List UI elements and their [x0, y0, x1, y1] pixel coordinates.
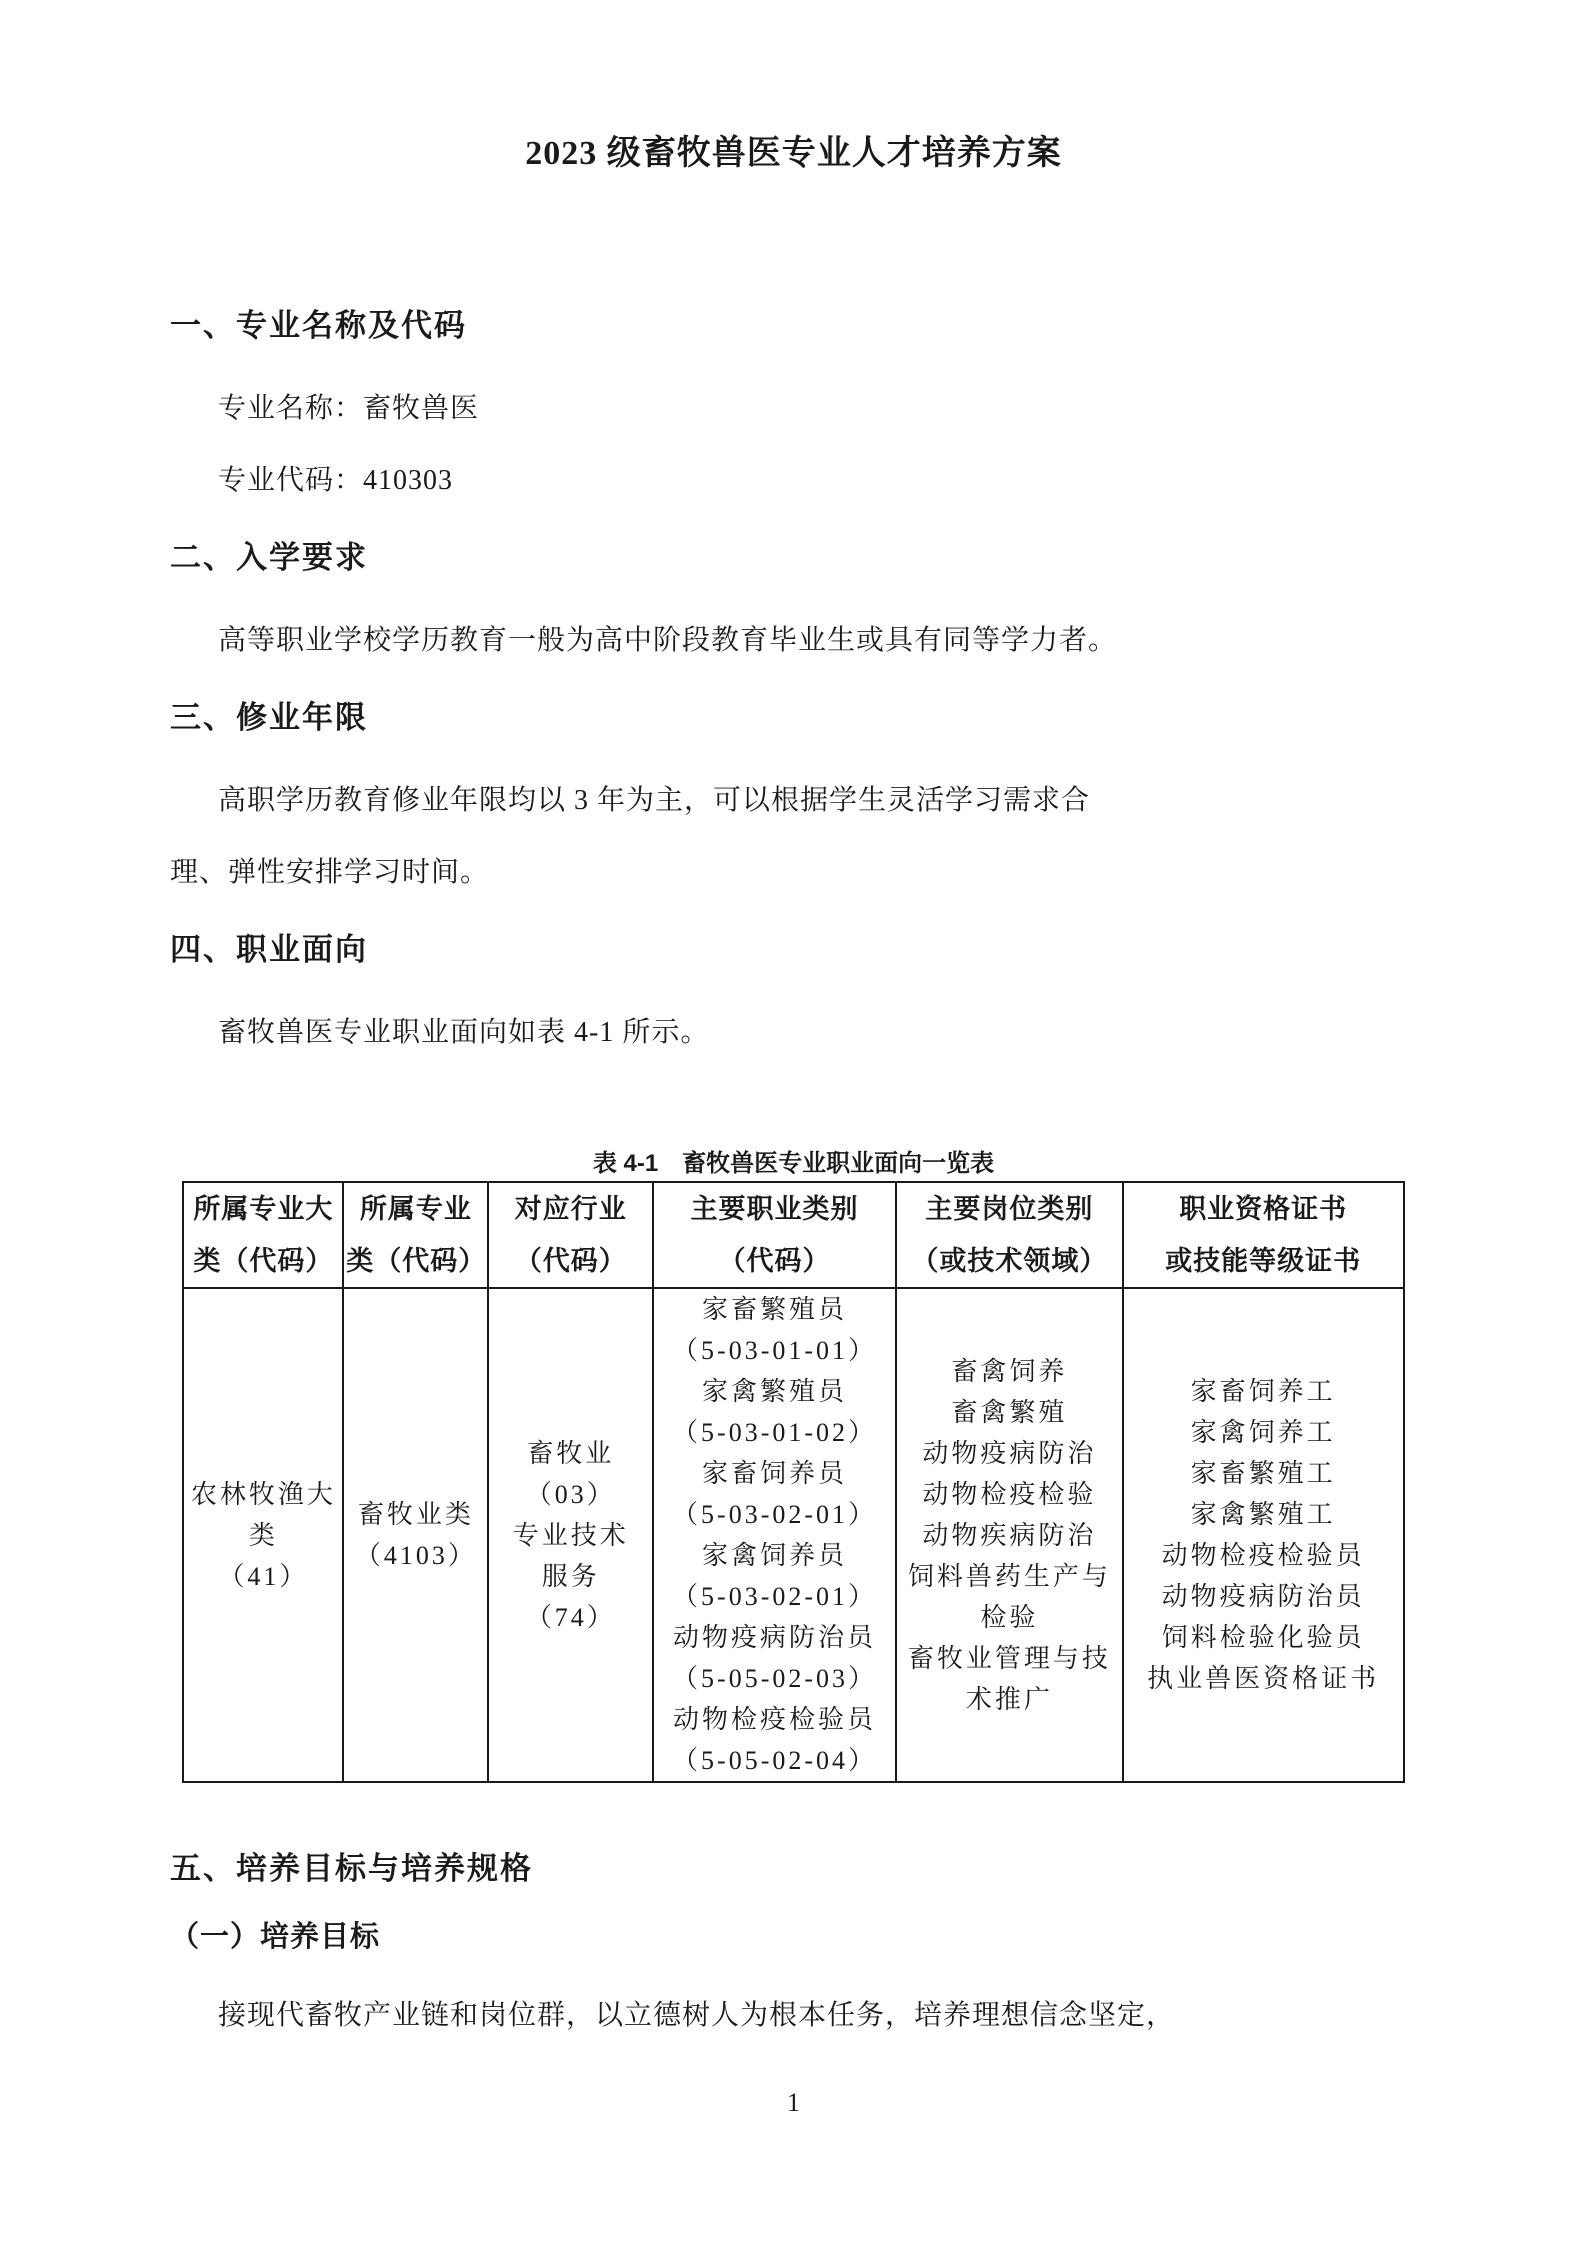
header-major-class: 所属专业 类（代码） [343, 1182, 488, 1288]
section-4-heading: 四、职业面向 [170, 929, 1417, 971]
header-occupation-category: 主要职业类别 （代码） [653, 1182, 896, 1288]
duration-paragraph: 高职学历教育修业年限均以 3 年为主，可以根据学生灵活学习需求合 理、弹性安排学… [170, 765, 1417, 909]
header-certificates: 职业资格证书 或技能等级证书 [1123, 1182, 1404, 1288]
career-orientation-table: 所属专业大 类（代码） 所属专业 类（代码） 对应行业 （代码） 主要职业类别 … [182, 1181, 1404, 1783]
cell-post-category: 畜禽饲养 畜禽繁殖 动物疫病防治 动物检疫检验 动物疾病防治 饲料兽药生产与 检… [896, 1288, 1123, 1782]
cell-certificates: 家畜饲养工 家禽饲养工 家畜繁殖工 家禽繁殖工 动物检疫检验员 动物疫病防治员 … [1123, 1288, 1404, 1782]
section-study-duration: 三、修业年限 高职学历教育修业年限均以 3 年为主，可以根据学生灵活学习需求合 … [170, 697, 1417, 909]
table-body: 农林牧渔大 类 （41） 畜牧业类 （4103） 畜牧业 （03） 专业技术 服… [183, 1288, 1403, 1782]
table-header-row: 所属专业大 类（代码） 所属专业 类（代码） 对应行业 （代码） 主要职业类别 … [183, 1182, 1403, 1288]
major-name-paragraph: 专业名称：畜牧兽医 [170, 373, 1417, 445]
document-title: 2023 级畜牧兽医专业人才培养方案 [170, 130, 1417, 178]
section-5-heading: 五、培养目标与培养规格 [170, 1848, 1417, 1890]
admission-paragraph: 高等职业学校学历教育一般为高中阶段教育毕业生或具有同等学力者。 [170, 605, 1417, 677]
header-industry: 对应行业 （代码） [488, 1182, 653, 1288]
table-caption: 表 4-1 畜牧兽医专业职业面向一览表 [170, 1149, 1417, 1179]
section-1-heading: 一、专业名称及代码 [170, 305, 1417, 347]
section-training-objectives: 五、培养目标与培养规格 （一）培养目标 接现代畜牧产业链和岗位群，以立德树人为根… [170, 1848, 1417, 2052]
section-2-heading: 二、入学要求 [170, 537, 1417, 579]
cell-occupation-category: 家畜繁殖员 （5-03-01-01） 家禽繁殖员 （5-03-01-02） 家畜… [653, 1288, 896, 1782]
table-row: 所属专业大 类（代码） 所属专业 类（代码） 对应行业 （代码） 主要职业类别 … [183, 1182, 1403, 1288]
header-post-category: 主要岗位类别 （或技术领域） [896, 1182, 1123, 1288]
table-row: 农林牧渔大 类 （41） 畜牧业类 （4103） 畜牧业 （03） 专业技术 服… [183, 1288, 1403, 1782]
cell-industry: 畜牧业 （03） 专业技术 服务 （74） [488, 1288, 653, 1782]
cell-major-category: 农林牧渔大 类 （41） [183, 1288, 343, 1782]
section-admission-requirements: 二、入学要求 高等职业学校学历教育一般为高中阶段教育毕业生或具有同等学力者。 [170, 537, 1417, 677]
subsection-training-goal-heading: （一）培养目标 [170, 1916, 1417, 1958]
document-page: 2023 级畜牧兽医专业人才培养方案 一、专业名称及代码 专业名称：畜牧兽医 专… [0, 0, 1587, 2245]
training-goal-paragraph: 接现代畜牧产业链和岗位群，以立德树人为根本任务，培养理想信念坚定， [170, 1980, 1417, 2052]
section-3-heading: 三、修业年限 [170, 697, 1417, 739]
section-major-name-code: 一、专业名称及代码 专业名称：畜牧兽医 专业代码：410303 [170, 305, 1417, 517]
career-orientation-paragraph: 畜牧兽医专业职业面向如表 4-1 所示。 [170, 997, 1417, 1069]
section-career-orientation: 四、职业面向 畜牧兽医专业职业面向如表 4-1 所示。 [170, 929, 1417, 1069]
page-number: 1 [170, 2088, 1417, 2118]
cell-major-class: 畜牧业类 （4103） [343, 1288, 488, 1782]
major-code-paragraph: 专业代码：410303 [170, 445, 1417, 517]
header-major-category: 所属专业大 类（代码） [183, 1182, 343, 1288]
